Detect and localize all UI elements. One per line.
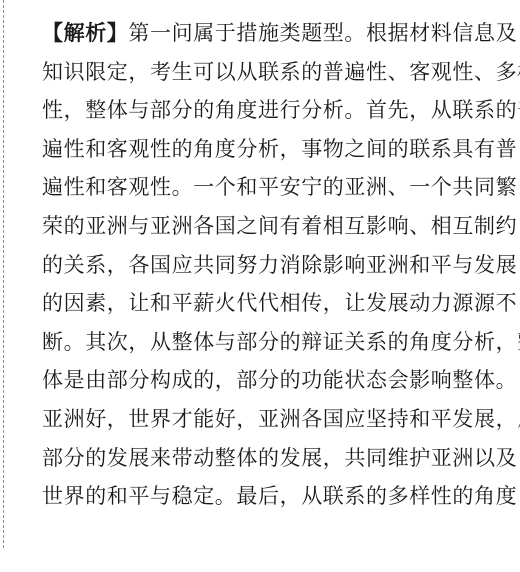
text-line-7: 的关系，各国应共同努力消除影响亚洲和平与发展 bbox=[42, 246, 512, 285]
dashed-margin-line bbox=[3, 0, 4, 548]
text-line-8: 的因素，让和平薪火代代相传，让发展动力源源不 bbox=[42, 284, 512, 323]
text-line-11: 亚洲好，世界才能好，亚洲各国应坚持和平发展，用 bbox=[42, 400, 512, 439]
text-line-3: 性，整体与部分的角度进行分析。首先，从联系的普 bbox=[42, 91, 512, 130]
text-line-1: 【解析】第一问属于措施类题型。根据材料信息及 bbox=[42, 14, 512, 53]
text-line-9: 断。其次，从整体与部分的辩证关系的角度分析，整 bbox=[42, 323, 512, 362]
text-line-12: 部分的发展来带动整体的发展，共同维护亚洲以及 bbox=[42, 439, 512, 478]
text-line-10: 体是由部分构成的，部分的功能状态会影响整体。 bbox=[42, 361, 512, 400]
text-line-content: 第一问属于措施类题型。根据材料信息及 bbox=[128, 21, 517, 45]
text-line-2: 知识限定，考生可以从联系的普遍性、客观性、多样 bbox=[42, 53, 512, 92]
text-line-13: 世界的和平与稳定。最后，从联系的多样性的角度 bbox=[42, 477, 512, 516]
text-line-5: 遍性和客观性。一个和平安宁的亚洲、一个共同繁 bbox=[42, 168, 512, 207]
text-line-6: 荣的亚洲与亚洲各国之间有着相互影响、相互制约 bbox=[42, 207, 512, 246]
analysis-text-block: 【解析】第一问属于措施类题型。根据材料信息及 知识限定，考生可以从联系的普遍性、… bbox=[42, 14, 512, 516]
text-line-4: 遍性和客观性的角度分析，事物之间的联系具有普 bbox=[42, 130, 512, 169]
analysis-label: 【解析】 bbox=[42, 21, 128, 45]
